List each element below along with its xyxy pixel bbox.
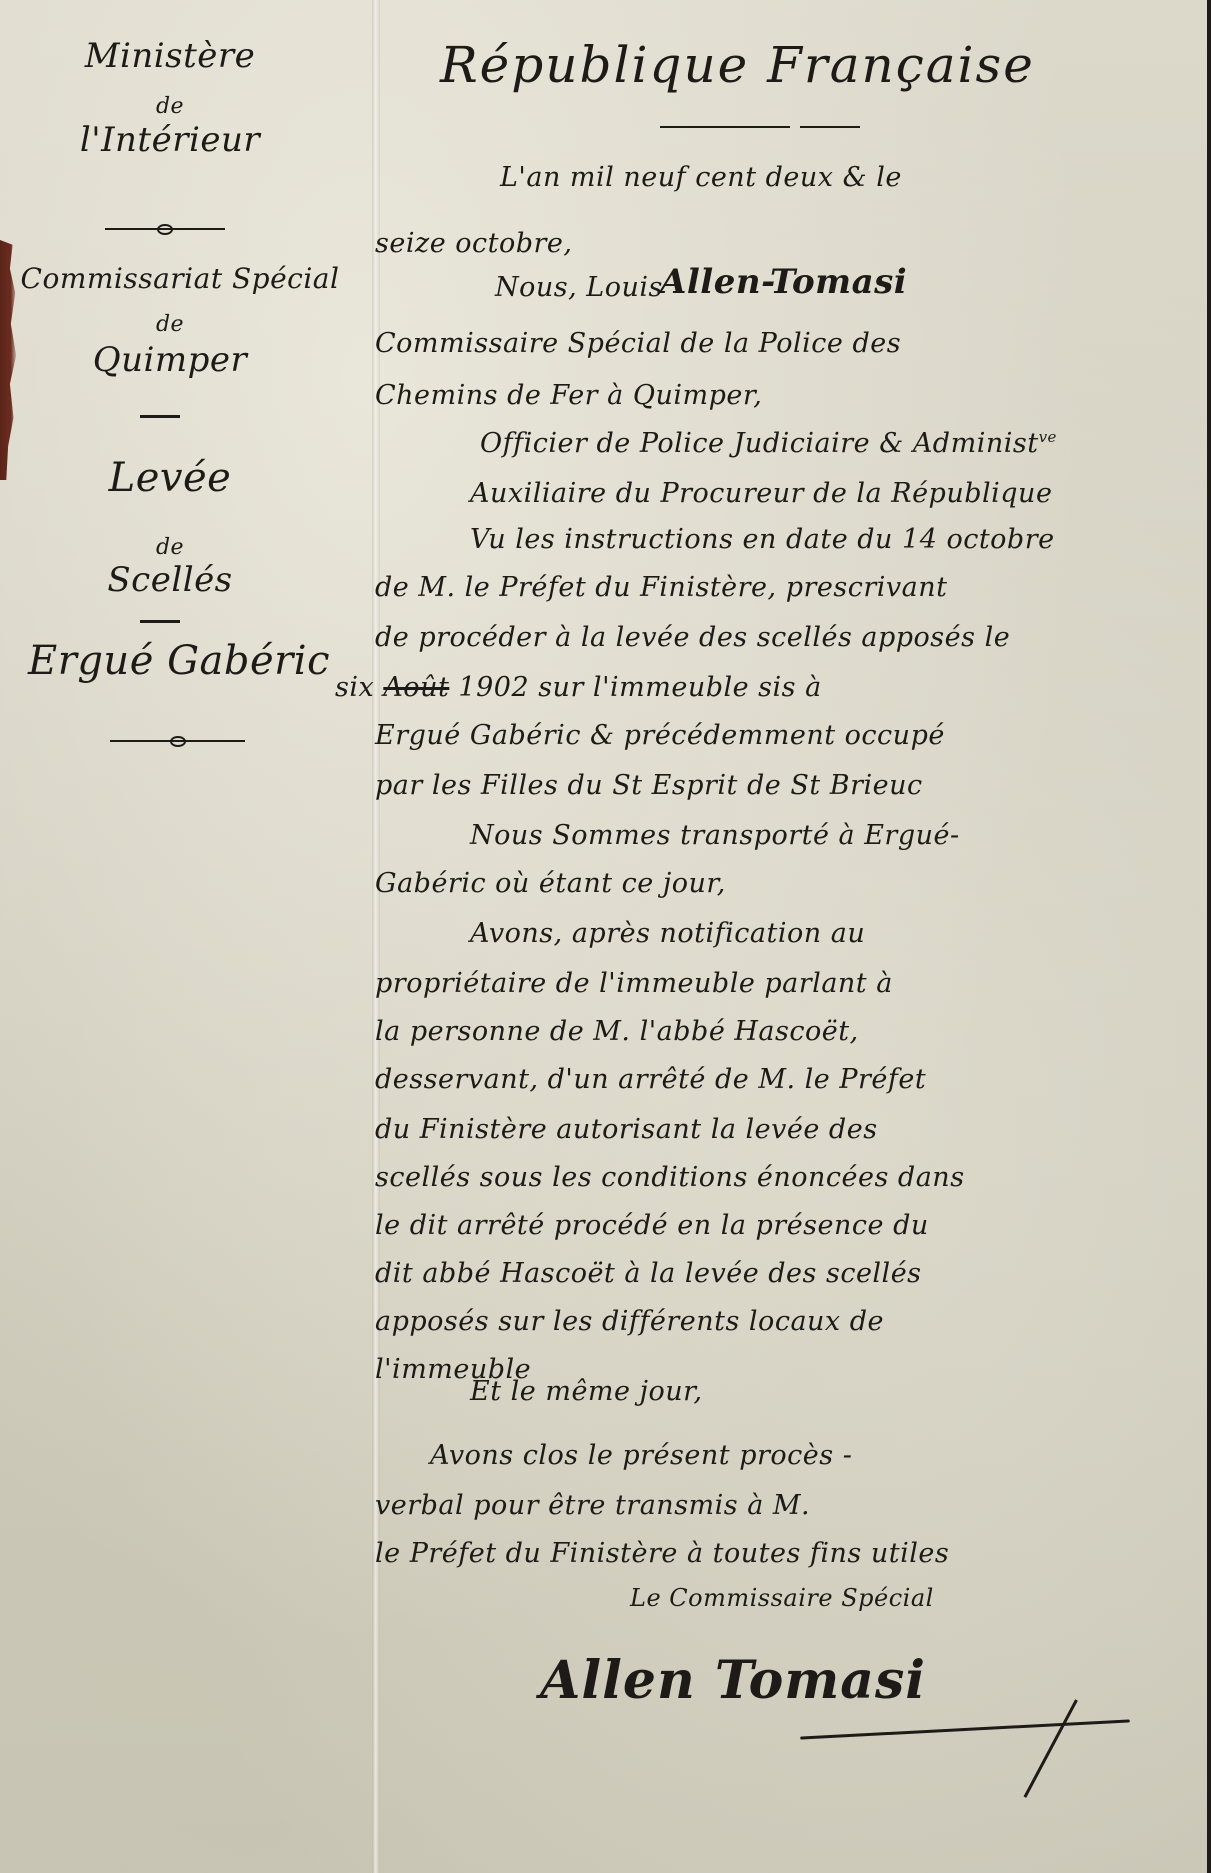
ministry-de: de — [0, 94, 340, 119]
office-label: Commissariat Spécial — [10, 262, 350, 295]
body-line: Chemins de Fer à Quimper, — [375, 380, 762, 411]
body-line: apposés sur les différents locaux de — [375, 1306, 884, 1337]
ministry-name: l'Intérieur — [0, 120, 340, 160]
date-day: six — [335, 672, 374, 703]
office-de: de — [0, 312, 340, 337]
body-line: Gabéric où étant ce jour, — [375, 868, 726, 899]
signature: Allen Tomasi — [540, 1650, 926, 1711]
body-text: 1902 sur l'immeuble sis à — [458, 672, 821, 703]
date-month-corrected: Août — [383, 672, 449, 703]
body-line: le Préfet du Finistère à toutes fins uti… — [375, 1538, 949, 1569]
body-line: Avons clos le présent procès - — [430, 1440, 852, 1471]
body-line: dit abbé Hascoët à la levée des scellés — [375, 1258, 922, 1289]
commissioner-name: Allen-Tomasi — [660, 262, 907, 302]
body-line: propriétaire de l'immeuble parlant à — [375, 968, 893, 999]
body-text: Officier de Police Judiciaire & Administ — [480, 428, 1039, 459]
body-line: par les Filles du St Esprit de St Brieuc — [375, 770, 923, 801]
body-line: Et le même jour, — [470, 1376, 703, 1407]
page-title: République Française — [440, 36, 1035, 94]
body-line: Commissaire Spécial de la Police des — [375, 328, 901, 359]
ornament-divider — [110, 740, 245, 742]
ornament-divider — [105, 228, 225, 230]
body-line: desservant, d'un arrêté de M. le Préfet — [375, 1064, 926, 1095]
subject-label: Levée — [0, 455, 340, 501]
body-line: de M. le Préfet du Finistère, prescrivan… — [375, 572, 947, 603]
title-underline-ornament — [800, 126, 860, 128]
body-line: Auxiliaire du Procureur de la République — [470, 478, 1052, 509]
short-divider — [140, 620, 180, 623]
subject-de: de — [0, 535, 340, 560]
body-line: six Août 1902 sur l'immeuble sis à — [335, 672, 822, 703]
document-border — [1207, 0, 1211, 1873]
body-line: Vu les instructions en date du 14 octobr… — [470, 524, 1055, 555]
signatory-title: Le Commissaire Spécial — [630, 1584, 934, 1612]
body-line: le dit arrêté procédé en la présence du — [375, 1210, 929, 1241]
body-line: de procéder à la levée des scellés appos… — [375, 622, 1010, 653]
ministry-label: Ministère — [0, 36, 340, 76]
body-line: Officier de Police Judiciaire & Administ… — [480, 428, 1057, 459]
body-line: L'an mil neuf cent deux & le — [500, 162, 902, 193]
body-line: la personne de M. l'abbé Hascoët, — [375, 1016, 859, 1047]
body-line: seize octobre, — [375, 228, 573, 259]
body-line: verbal pour être transmis à M. — [375, 1490, 810, 1521]
place-label: Ergué Gabéric — [28, 638, 330, 684]
body-line: Ergué Gabéric & précédemment occupé — [375, 720, 945, 751]
subject-object: Scellés — [0, 560, 340, 600]
body-line: scellés sous les conditions énoncées dan… — [375, 1162, 965, 1193]
superscript: ve — [1039, 428, 1057, 446]
body-line: Avons, après notification au — [470, 918, 865, 949]
title-underline — [660, 126, 790, 128]
body-line: Nous Sommes transporté à Ergué- — [470, 820, 960, 851]
body-line: du Finistère autorisant la levée des — [375, 1114, 878, 1145]
paper-fold-line — [372, 0, 380, 1873]
body-line: Nous, Louis — [495, 272, 663, 303]
margin-header: Ministère de l'Intérieur Commissariat Sp… — [0, 0, 370, 760]
office-city: Quimper — [0, 340, 340, 380]
short-divider — [140, 415, 180, 418]
